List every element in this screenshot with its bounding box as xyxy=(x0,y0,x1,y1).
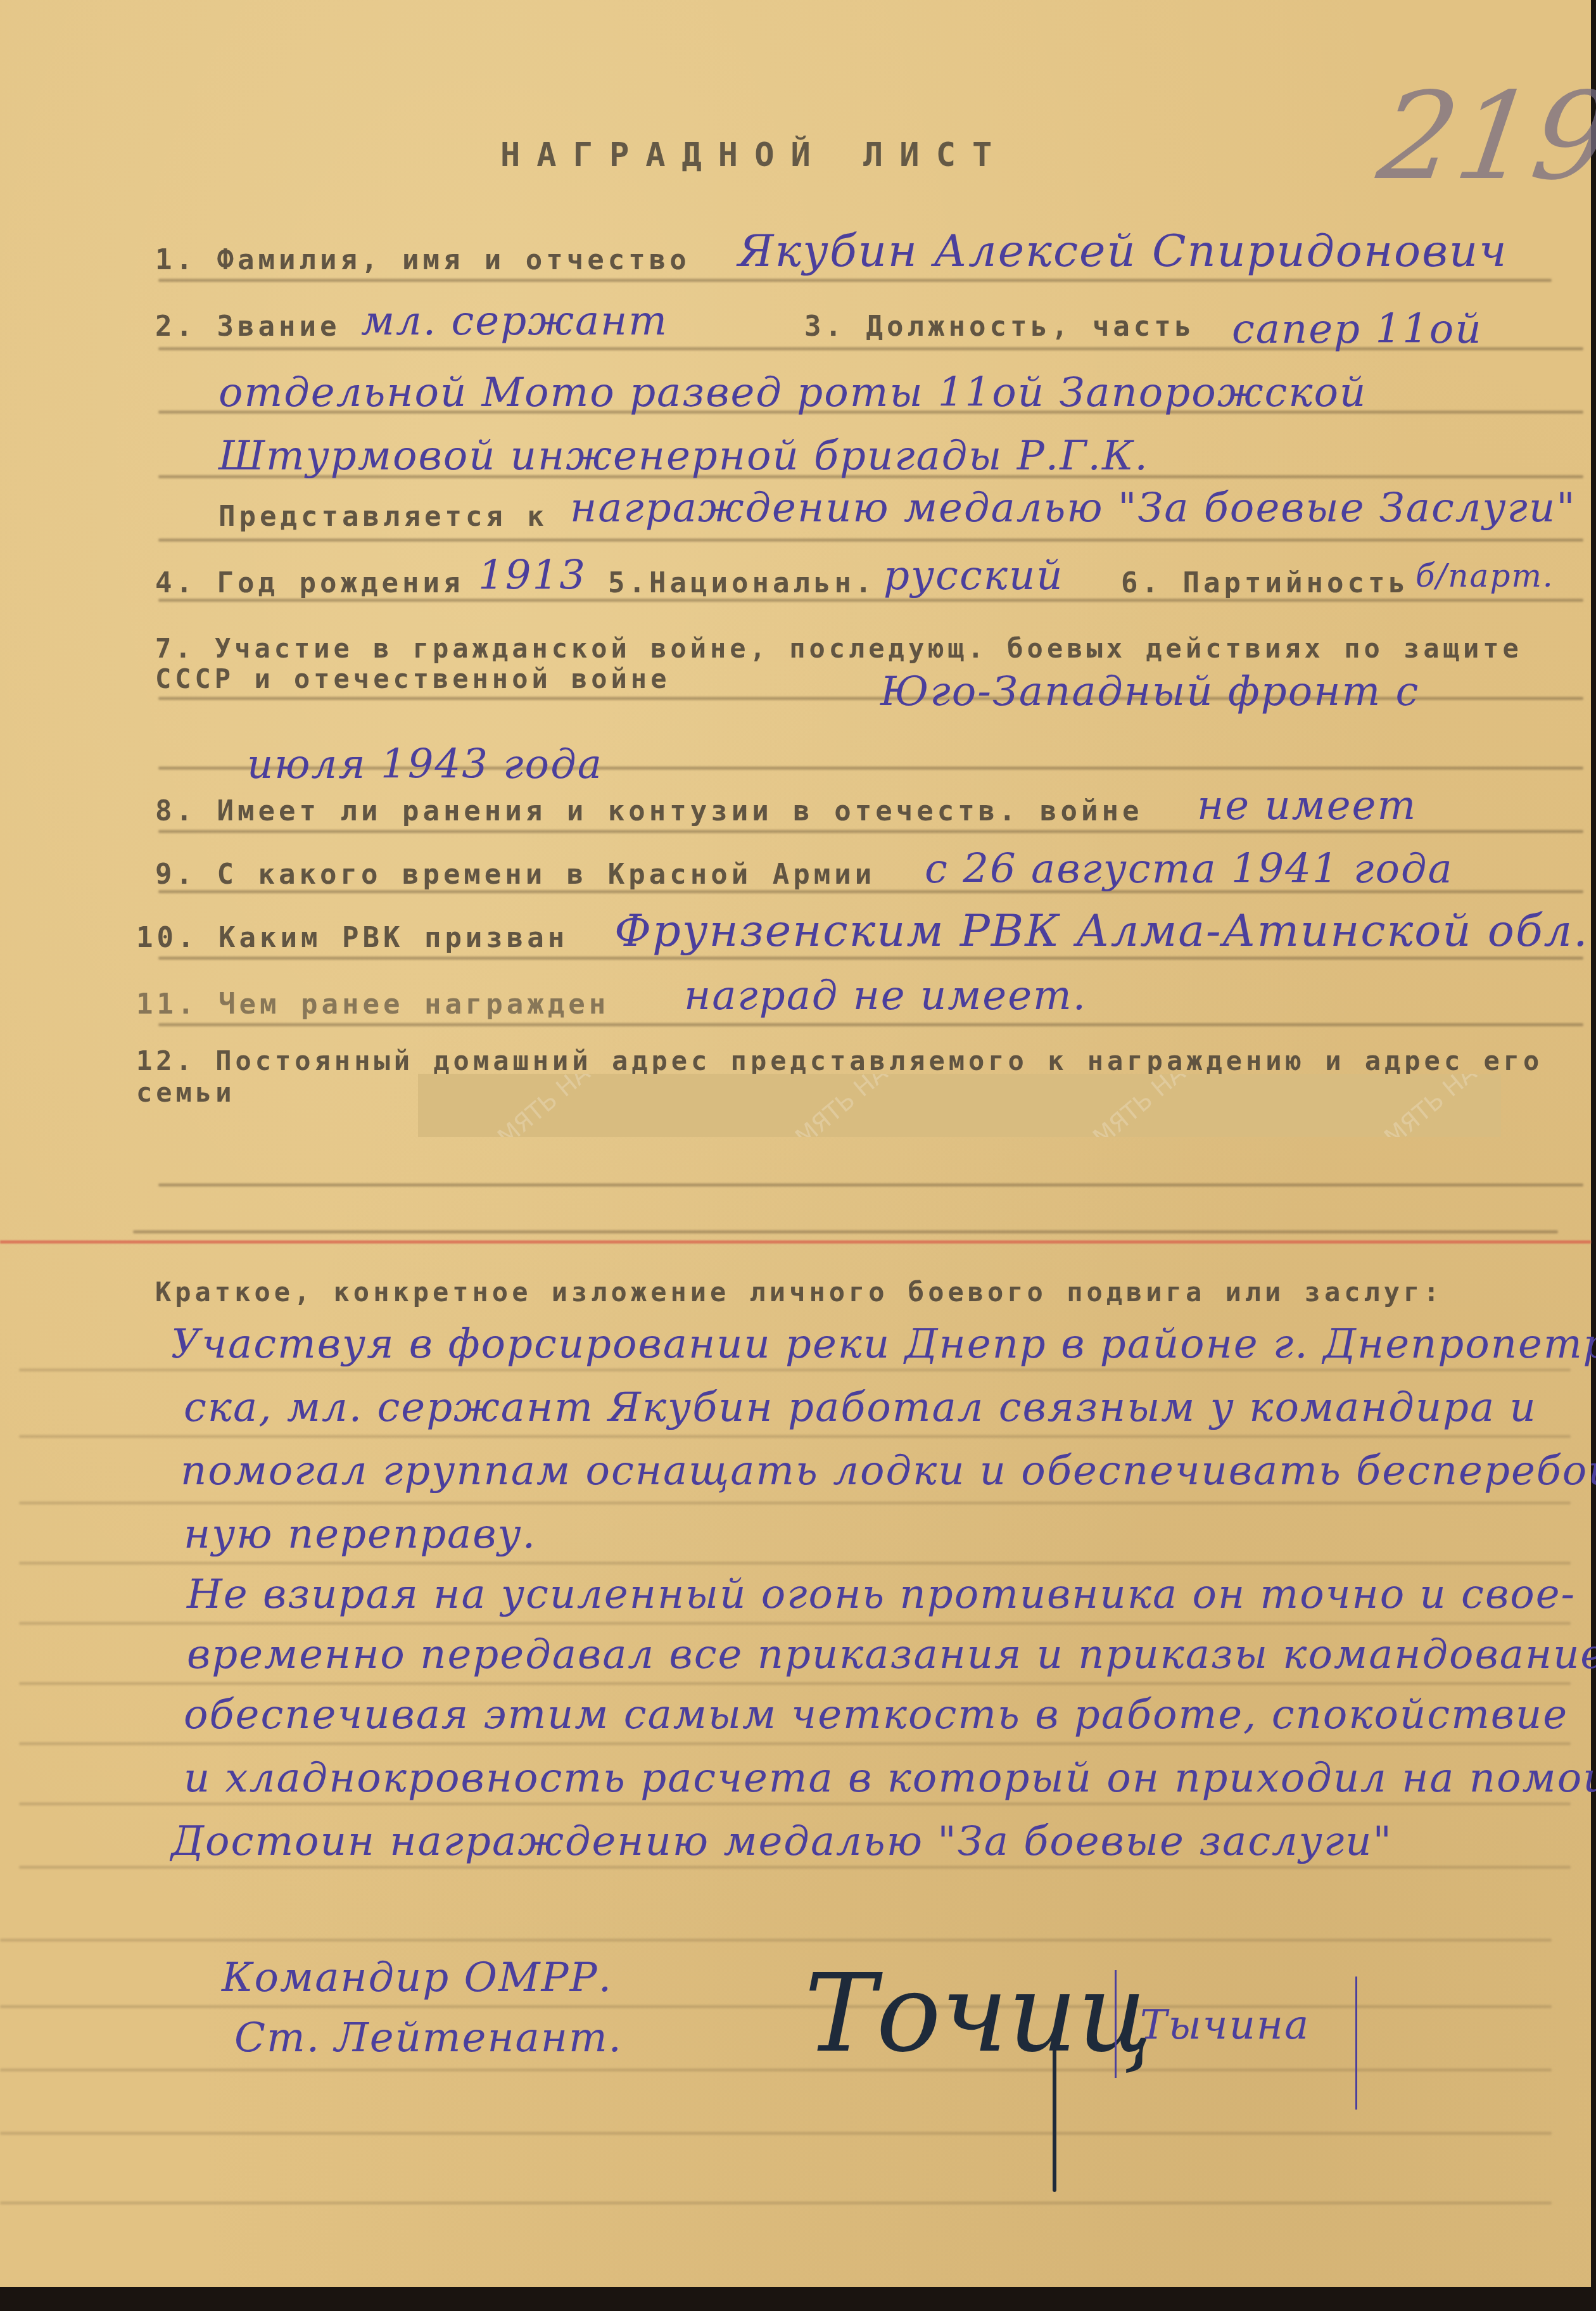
ruled-line xyxy=(158,1183,1583,1187)
ruled-line xyxy=(0,2068,1552,2072)
feat-line: и хладнокровность расчета в который он п… xyxy=(184,1755,1596,1802)
page-edge xyxy=(0,2287,1591,2300)
field-6-value-party: б/парт. xyxy=(1415,557,1554,594)
watermark: ПАМЯТЬ НАРОДА xyxy=(1061,1074,1243,1137)
ruled-line xyxy=(158,538,1583,542)
ruled-line xyxy=(0,2201,1552,2205)
field-4-label: 4. Год рождения xyxy=(155,567,464,599)
field-5-label: 5.Национальн. xyxy=(608,567,875,599)
feat-line: Достоин награждению медалью "За боевые з… xyxy=(171,1818,1393,1865)
ruled-line xyxy=(19,1368,1571,1372)
watermark: ПАМЯТЬ НАРОДА xyxy=(465,1074,647,1137)
ruled-line xyxy=(158,279,1552,282)
document-title: НАГРАДНОЙ ЛИСТ xyxy=(500,136,1008,174)
ruled-line xyxy=(19,1622,1571,1625)
field-5-value-nationality: русский xyxy=(883,552,1063,599)
ruled-line xyxy=(19,1562,1571,1565)
bracket-left xyxy=(1115,1970,1117,2078)
field-11-value-prior-awards: наград не имеет. xyxy=(684,972,1087,1019)
ruled-line xyxy=(0,1939,1552,1942)
field-10-value-draft-office: Фрунзенским РВК Алма-Атинской обл. xyxy=(614,905,1588,957)
ruled-line xyxy=(19,1802,1571,1805)
field-11-label: 11. Чем ранее награжден xyxy=(136,988,609,1021)
presented-for-value: награждению медалью "За боевые Заслуги" xyxy=(570,485,1576,532)
watermark: ПАМЯТЬ НАРОДА xyxy=(763,1074,945,1137)
field-8-value-wounds: не имеет xyxy=(1197,782,1417,829)
field-6-label: 6. Партийность xyxy=(1121,567,1409,599)
feat-line: помогал группам оснащать лодки и обеспеч… xyxy=(180,1448,1596,1494)
field-1-value-full-name: Якубин Алексей Спиридонович xyxy=(738,225,1508,277)
ruled-line xyxy=(158,1023,1583,1026)
redacted-address: ПАМЯТЬ НАРОДА ПАМЯТЬ НАРОДА ПАМЯТЬ НАРОД… xyxy=(418,1074,1501,1137)
feat-line: ска, мл. сержант Якубин работал связным … xyxy=(184,1384,1537,1431)
ruled-line xyxy=(19,1501,1571,1505)
archive-page-number: 219 xyxy=(1371,67,1596,207)
feat-line: ную переправу. xyxy=(184,1511,536,1558)
ruled-line xyxy=(19,1742,1571,1745)
bracket-right xyxy=(1355,1977,1357,2110)
field-8-label: 8. Имеет ли ранения и контузии в отечест… xyxy=(155,795,1143,827)
award-sheet-page: 219 НАГРАДНОЙ ЛИСТ 1. Фамилия, имя и отч… xyxy=(0,0,1591,2300)
feat-heading: Краткое, конкретное изложение личного бо… xyxy=(155,1276,1443,1308)
commander-position: Командир ОМРР. xyxy=(222,1954,612,2001)
commander-name: Тычина xyxy=(1140,2002,1310,2049)
feat-line: Участвуя в форсировании реки Днепр в рай… xyxy=(171,1321,1596,1368)
field-4-value-birth-year: 1913 xyxy=(478,552,586,599)
ruled-line xyxy=(19,1435,1571,1438)
ruled-line xyxy=(158,830,1583,833)
field-7-value-service-front: Юго-Западный фронт с июля 1943 года xyxy=(247,656,1450,801)
field-3-value-position-unit: сапер 11ой отдельной Мото развед роты 11… xyxy=(218,298,1580,488)
ruled-line xyxy=(19,1866,1571,1869)
presented-for-label: Представляется к xyxy=(218,500,548,533)
signature: Точиц xyxy=(804,1951,1153,2077)
field-9-value-service-since: с 26 августа 1941 года xyxy=(925,846,1453,893)
ruled-line xyxy=(158,957,1583,960)
ruled-line xyxy=(0,2005,1552,2008)
red-margin-line xyxy=(0,1240,1591,1244)
watermark: ПАМЯТЬ НАРОДА xyxy=(1352,1074,1501,1137)
feat-line: временно передавал все приказания и прик… xyxy=(187,1631,1596,1678)
commander-rank: Ст. Лейтенант. xyxy=(234,2015,623,2061)
feat-line: Не взирая на усиленный огонь противника … xyxy=(187,1571,1576,1618)
field-9-label: 9. С какого времени в Красной Армии xyxy=(155,858,875,891)
ruled-line xyxy=(133,1230,1558,1233)
ruled-line xyxy=(0,2132,1552,2135)
feat-line: обеспечивая этим самым четкость в работе… xyxy=(184,1691,1568,1738)
signature-stroke xyxy=(1053,2040,1056,2192)
ruled-line xyxy=(19,1682,1571,1685)
field-1-label: 1. Фамилия, имя и отчество xyxy=(155,244,690,276)
field-10-label: 10. Каким РВК призван xyxy=(136,922,568,954)
